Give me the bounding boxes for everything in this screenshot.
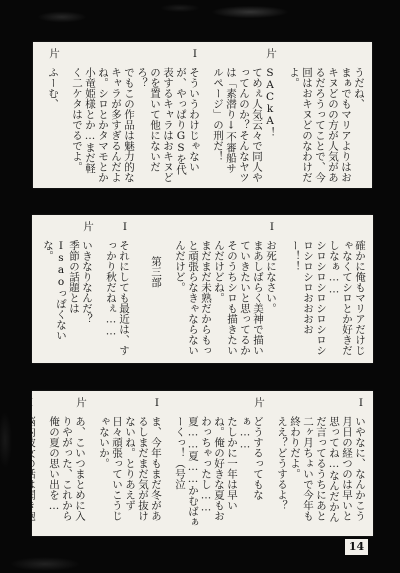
utterance: Iそれにしても最近は、すっかり秋だねぇ……	[104, 220, 130, 358]
speaker-mark: 片	[47, 48, 60, 59]
dialogue-paragraph: SACkA！	[263, 47, 276, 183]
scanned-doujinshi-page: うだね、まぁでもマリアよりはおキヌどのの方が人気があるだろうってことで、今回はお…	[0, 0, 400, 573]
utterance: 片あ、こいつまとめに入りやがった、これから俺の夏の思い出を…	[47, 396, 86, 531]
section-heading-text: 第三部	[149, 220, 162, 358]
speaker-mark: I	[32, 397, 37, 409]
text-panel-bottom: Iいやなに、なんかこう月日の経つのは早いと思ってね…なんだかんだ言ってるうちにあ…	[32, 391, 373, 536]
utterance: I脳内彼女の話は聞き飽きたよ！	[32, 396, 36, 531]
speaker-mark: 片	[81, 221, 94, 232]
page-number: 14	[345, 539, 368, 555]
dialogue-paragraph: お死になさい。	[264, 220, 277, 358]
speaker-mark: I	[188, 48, 201, 60]
utterance: 確かに俺もマリアだけじゃなくてシロとか好きだしなぁ……シロシロシロシロシロシロシ…	[288, 220, 366, 358]
dialogue-paragraph: いきなりなんだ？	[80, 220, 93, 358]
dialogue-paragraph: いやなに、なんかこう月日の経つのは早いと思ってね…なんだかんだ言ってるうちにあと…	[288, 396, 366, 531]
dialogue-paragraph: そういうわけじゃないが、やっぱりGSを代表するキャラはおキヌどのを置いて他にない…	[135, 47, 200, 183]
text-panel-top: うだね、まぁでもマリアよりはおキヌどのの方が人気があるだろうってことで、今回はお…	[33, 42, 372, 188]
dialogue-paragraph: てめぇ人気云々で同人やってんのか？そんなヤツは「素潜り↓不審船サルページ」の刑だ…	[211, 47, 263, 183]
utterance: 片いきなりなんだ？季節の話題とはIsaoっぽくないな。	[41, 220, 93, 358]
dialogue-paragraph: まだまだ未熟だからもっと頑張らなきゃならないんだけど。	[173, 220, 212, 358]
speaker-mark: 片	[74, 397, 87, 408]
dialogue-paragraph: まあしばらく美神で描いていきたいと思ってるかそのうちシロも描きたいんだけどね。	[212, 220, 264, 358]
utterance: Iま、今年もまだ冬があるしまだまだ気が抜けないね。とりあえず日々頑張っていこうじ…	[97, 396, 162, 531]
utterance: 片SACkA！てめぇ人気云々で同人やってんのか？そんなヤツは「素潜り↓不審船サル…	[211, 47, 276, 183]
utterance: 片ふーむ、	[46, 47, 59, 183]
dialogue-paragraph: それにしても最近は、すっかり秋だねぇ……	[104, 220, 130, 358]
dialogue-paragraph: ええ？どうするよ？	[275, 396, 288, 531]
utterance: Iいやなに、なんかこう月日の経つのは早いと思ってね…なんだかんだ言ってるうちにあ…	[275, 396, 366, 531]
speaker-mark: 片	[264, 48, 277, 59]
dialogue-paragraph: でもこの作品は魅力的なキャラが多すぎるんだよね。シロとかタマモとか小竜姫様とか……	[70, 47, 135, 183]
dialogue-paragraph: ふーむ、	[46, 47, 59, 183]
dialogue-paragraph: まぁでもマリアよりはおキヌどのの方が人気があるだろうってことで、今回はおキヌどの…	[287, 47, 352, 183]
dialogue-paragraph: ま、今年もまだ冬があるしまだまだ気が抜けないね。とりあえず日々頑張っていこうじゃ…	[97, 396, 162, 531]
speaker-mark: I	[354, 397, 367, 409]
speaker-mark: I	[265, 221, 278, 233]
dialogue-paragraph: どうするってもなぁ……	[238, 396, 264, 531]
utterance: うだね、まぁでもマリアよりはおキヌどのの方が人気があるだろうってことで、今回はお…	[287, 47, 365, 183]
utterance: 片どうするってもなぁ……たしかに一年は早いね。俺の好きな夏もおわっちゃったし………	[173, 396, 264, 531]
section-heading: 第三部	[149, 220, 162, 358]
speaker-mark: 片	[252, 397, 265, 408]
dialogue-paragraph: 季節の話題とはIsaoっぽくないな。	[41, 220, 80, 358]
text-panel-middle: 確かに俺もマリアだけじゃなくてシロとか好きだしなぁ……シロシロシロシロシロシロシ…	[32, 215, 373, 363]
speaker-mark: I	[118, 221, 131, 233]
utterance: Iお死になさい。まあしばらく美神で描いていきたいと思ってるかそのうちシロも描きた…	[173, 220, 277, 358]
dialogue-paragraph: たしかに一年は早いね。俺の好きな夏もおわっちゃったし……夏……夏……かむばぁーく…	[173, 396, 238, 531]
dialogue-paragraph: うだね、	[352, 47, 365, 183]
utterance: Iそういうわけじゃないが、やっぱりGSを代表するキャラはおキヌどのを置いて他にな…	[70, 47, 200, 183]
dialogue-paragraph: 脳内彼女の話は聞き飽きたよ！	[32, 396, 36, 531]
dialogue-paragraph: 確かに俺もマリアだけじゃなくてシロとか好きだしなぁ……	[327, 220, 366, 358]
speaker-mark: I	[150, 397, 163, 409]
dialogue-paragraph: あ、こいつまとめに入りやがった、これから俺の夏の思い出を…	[47, 396, 86, 531]
dialogue-paragraph: シロシロシロシロシロシロシロシロおおおおー！！	[288, 220, 327, 358]
